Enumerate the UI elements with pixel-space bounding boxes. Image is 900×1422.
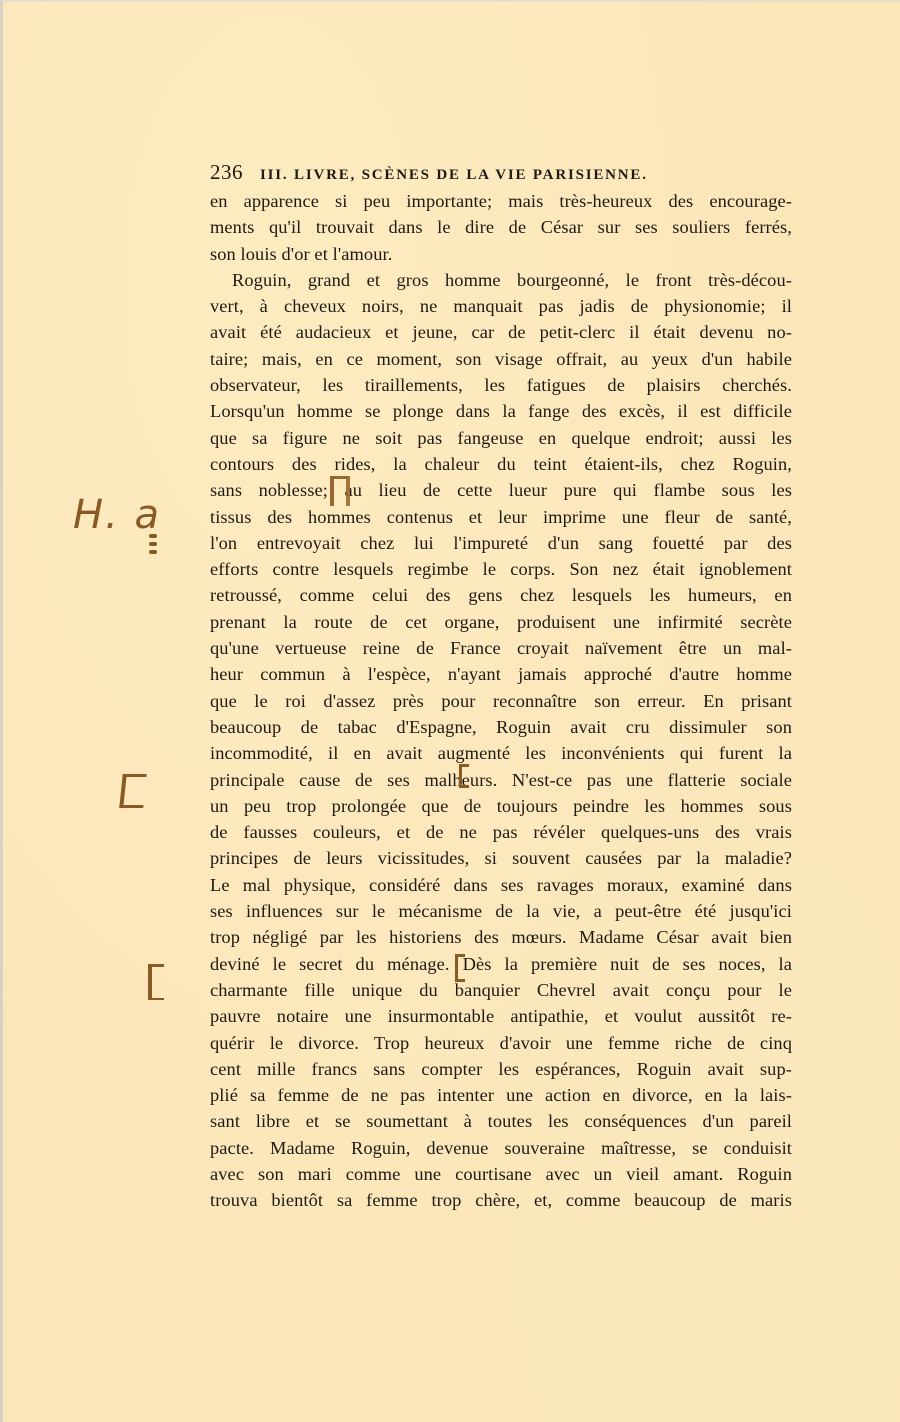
text-line: sans noblesse; au lieu de cette lueur pu… <box>210 477 792 503</box>
text-line: son louis d'or et l'amour. <box>210 241 792 267</box>
dot-mark <box>149 550 157 554</box>
text-line: plié sa femme de ne pas intenter une act… <box>210 1082 792 1108</box>
text-line: un peu trop prolongée que de toujours pe… <box>210 793 792 819</box>
text-line: Lorsqu'un homme se plonge dans la fange … <box>210 398 792 424</box>
text-line: deviné le secret du ménage. Dès la premi… <box>210 951 792 977</box>
text-line: contours des rides, la chaleur du teint … <box>210 451 792 477</box>
text-line: efforts contre lesquels regimbe le corps… <box>210 556 792 582</box>
text-line: principes de leurs vicissitudes, si souv… <box>210 845 792 871</box>
text-line: Roguin, grand et gros homme bourgeonné, … <box>210 267 792 293</box>
text-line: heur commun à l'espèce, n'ayant jamais a… <box>210 661 792 687</box>
margin-bracket-mark <box>148 964 164 1000</box>
text-line: cent mille francs sans compter les espér… <box>210 1056 792 1082</box>
text-line: qu'une vertueuse reine de France croyait… <box>210 635 792 661</box>
inline-bracket-mark <box>459 764 469 788</box>
text-line: avait été audacieux et jeune, car de pet… <box>210 319 792 345</box>
text-line: vert, à cheveux noirs, ne manquait pas j… <box>210 293 792 319</box>
dot-mark <box>149 542 157 546</box>
text-line: beaucoup de tabac d'Espagne, Roguin avai… <box>210 714 792 740</box>
running-head: III. LIVRE, SCÈNES DE LA VIE PARISIENNE. <box>260 167 648 184</box>
text-line: en apparence si peu importante; mais trè… <box>210 188 792 214</box>
text-line: taire; mais, en ce moment, son visage of… <box>210 346 792 372</box>
margin-dots-mark <box>149 534 155 558</box>
inline-bracket-mark <box>330 476 350 506</box>
text-line: que sa figure ne soit pas fangeuse en qu… <box>210 425 792 451</box>
text-line: charmante fille unique du banquier Chevr… <box>210 977 792 1003</box>
text-line: observateur, les tiraillements, les fati… <box>210 372 792 398</box>
text-line: quérir le divorce. Trop heureux d'avoir … <box>210 1030 792 1056</box>
text-line: de fausses couleurs, et de ne pas révéle… <box>210 819 792 845</box>
text-line: Le mal physique, considéré dans ses rava… <box>210 872 792 898</box>
margin-handwritten-note: H. a <box>73 492 161 538</box>
text-line: avec son mari comme une courtisane avec … <box>210 1161 792 1187</box>
text-line: pauvre notaire une insurmontable antipat… <box>210 1003 792 1029</box>
body-text: en apparence si peu importante; mais trè… <box>210 188 792 1214</box>
text-line: tissus des hommes contenus et leur impri… <box>210 504 792 530</box>
margin-bracket-mark <box>119 774 147 808</box>
text-line: retroussé, comme celui des gens chez les… <box>210 582 792 608</box>
text-line: pacte. Madame Roguin, devenue souveraine… <box>210 1135 792 1161</box>
text-line: trouva bientôt sa femme trop chère, et, … <box>210 1187 792 1213</box>
text-line: incommodité, il en avait augmenté les in… <box>210 740 792 766</box>
page-number: 236 <box>210 160 260 185</box>
text-line: principale cause de ses malheurs. N'est-… <box>210 767 792 793</box>
text-line: sant libre et se soumettant à toutes les… <box>210 1108 792 1134</box>
text-line: ments qu'il trouvait dans le dire de Cés… <box>210 214 792 240</box>
text-line: trop négligé par les historiens des mœur… <box>210 924 792 950</box>
page-header: 236 III. LIVRE, SCÈNES DE LA VIE PARISIE… <box>210 160 792 186</box>
dot-mark <box>149 534 157 538</box>
text-line: que le roi d'assez près pour reconnaître… <box>210 688 792 714</box>
text-line: ses influences sur le mécanisme de la vi… <box>210 898 792 924</box>
inline-bracket-mark <box>455 954 465 982</box>
book-page: 236 III. LIVRE, SCÈNES DE LA VIE PARISIE… <box>0 0 900 1422</box>
text-line: l'on entrevoyait chez lui l'impureté d'u… <box>210 530 792 556</box>
text-line: prenant la route de cet organe, produise… <box>210 609 792 635</box>
